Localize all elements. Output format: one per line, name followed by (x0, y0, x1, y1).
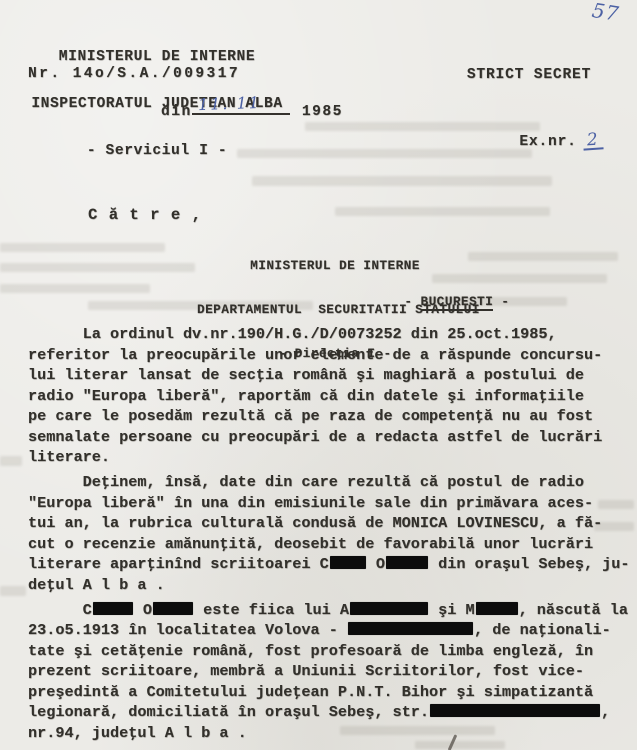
redaction-box (430, 704, 600, 717)
text-line: prezent scriitoare, membră a Uniunii Scr… (28, 661, 634, 682)
redaction-box (93, 602, 133, 615)
scanned-document-page: 57 MINISTERUL DE INTERNE INSPECTORATUL J… (0, 0, 637, 750)
text-line: literare. (28, 447, 634, 468)
classification-label: STRICT SECRET (462, 67, 596, 83)
handwritten-date: 11. 11 (198, 93, 262, 114)
handwritten-copy-number: 2 (582, 131, 603, 150)
body-paragraphs: La ordinul dv.nr.190/H.G./D/0073252 din … (28, 324, 634, 743)
text-line: referitor la preocupările unor elemente … (28, 345, 634, 366)
text-line: literare aparţinînd scriitoarei C O din … (28, 554, 634, 575)
bleed-through-mark (0, 586, 26, 596)
text-line: Deţinem, însă, date din care rezultă că … (28, 472, 634, 493)
bleed-through-mark (0, 284, 150, 293)
paragraph: La ordinul dv.nr.190/H.G./D/0073252 din … (28, 324, 634, 468)
document-number: Nr. 14o/S.A./009317 (28, 66, 240, 82)
letterhead-service-line: - Serviciul I - (28, 144, 286, 160)
classification-block: STRICT SECRET Ex.nr.2 (462, 35, 596, 198)
text-line: legionară, domiciliată în oraşul Sebeş, … (28, 702, 634, 723)
bleed-through-mark (0, 456, 22, 466)
bleed-through-mark (468, 252, 618, 261)
date-word: din (161, 104, 192, 120)
text-line: 23.o5.1913 în localitatea Volova - , de … (28, 620, 634, 641)
paragraph: C O este fiica lui A şi M, născută la23.… (28, 600, 634, 744)
redaction-box (153, 602, 193, 615)
text-line: La ordinul dv.nr.190/H.G./D/0073252 din … (28, 324, 634, 345)
date-line: din11. 111985 (120, 83, 343, 136)
redaction-box (476, 602, 518, 615)
text-line: cut o recenzie amănunţită, deosebit de f… (28, 534, 634, 555)
text-line: pe care le posedăm rezultă că pe raza de… (28, 406, 634, 427)
text-line: radio "Europa liberă", raportăm că din d… (28, 386, 634, 407)
handwritten-page-number: 57 (590, 0, 621, 26)
salutation: C ă t r e , (88, 206, 202, 224)
text-line: preşedintă a Comitetului judeţean P.N.T.… (28, 682, 634, 703)
copy-label: Ex.nr. (519, 134, 576, 150)
city-prefix: - (404, 294, 420, 309)
redaction-box (350, 602, 428, 615)
text-line: nr.94, judeţul A l b a . (28, 723, 634, 744)
bleed-through-mark (0, 263, 195, 272)
bleed-through-mark (335, 207, 550, 216)
redaction-box (348, 622, 473, 635)
recipient-city: BUCURESTI (421, 294, 494, 311)
recipient-line1: MINISTERUL DE INTERNE (197, 259, 473, 274)
text-line: tate şi cetăţenie română, fost profesoar… (28, 641, 634, 662)
paragraph: Deţinem, însă, date din care rezultă că … (28, 472, 634, 595)
copy-number-line: Ex.nr.2 (462, 116, 596, 166)
date-year: 1985 (302, 104, 343, 120)
redaction-box (330, 556, 366, 569)
redaction-box (386, 556, 428, 569)
text-line: tui an, la rubrica culturală condusă de … (28, 513, 634, 534)
bleed-through-mark (0, 243, 165, 252)
recipient-city-line: - BUCURESTI - (372, 279, 509, 324)
city-suffix: - (493, 294, 509, 309)
text-line: semnalate persoane cu preocupări de a re… (28, 427, 634, 448)
text-line: "Europa liberă" în una din emisiunile sa… (28, 493, 634, 514)
letterhead-org-line1: MINISTERUL DE INTERNE (28, 50, 286, 66)
text-line: C O este fiica lui A şi M, născută la (28, 600, 634, 621)
text-line: deţul A l b a . (28, 575, 634, 596)
text-line: lui literar lansat de secţia română şi m… (28, 365, 634, 386)
date-underline: 11. 11 (192, 99, 290, 115)
